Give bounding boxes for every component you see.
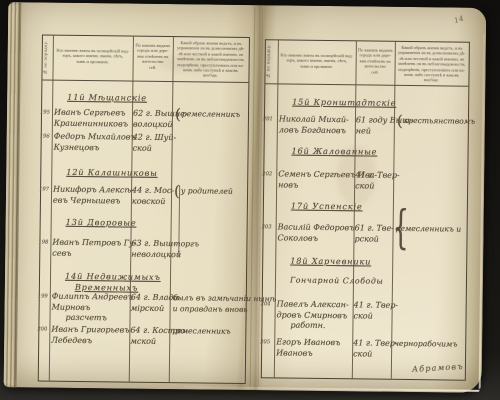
passport-cell-line: 44 г. Мос-	[132, 186, 169, 197]
header-text-line: чинъ и прозваніе.	[54, 58, 132, 64]
section-heading: 13й Дворовые	[66, 217, 137, 228]
passport-cell-line: ней	[356, 126, 392, 137]
name-cell-line: Лебедевъ	[51, 335, 127, 346]
header-order-column: № по порядку.	[42, 38, 52, 78]
conduct-cell: торгъ	[173, 239, 243, 250]
photo-backdrop: № по порядку.Кто именно взяты въ полицей…	[0, 0, 500, 400]
name-cell: Никифоръ Алексѣ-евъ Чернышевъ	[53, 185, 129, 207]
name-cell-line: севъ	[52, 248, 128, 259]
header-text-line: вообще.	[395, 77, 467, 83]
name-cell: Егоръ ИвановъИвановъ	[276, 337, 350, 359]
passport-cell-line: 64 г. Влади-	[131, 293, 168, 304]
name-cell: Филиппъ АндреевъМирновъразсчетъ	[51, 292, 127, 324]
passport-cell-line: 64 г. Костро-	[130, 326, 167, 337]
header-conduct-column: Какой образъ жизни ведетъ, и въупражнені…	[173, 40, 247, 79]
header-text-line: чинъ и прозваніе.	[279, 63, 355, 69]
name-cell: Иванъ Петровъ Гу-севъ	[52, 238, 128, 260]
note-brace: (	[397, 112, 403, 130]
name-cell-line: Егоръ Ивановъ	[276, 337, 350, 348]
name-cell: Павелъ Алексан-дровъ Смирновъработн.	[276, 299, 350, 331]
name-cell-line: ловъ Богдановъ	[279, 125, 353, 136]
conduct-cell: ремесленникъ	[172, 326, 242, 337]
header-order-column: № по порядку.	[265, 42, 277, 81]
name-cell-line: Иванъ Григорьевъ	[51, 325, 127, 336]
row-number: 202	[262, 171, 272, 177]
section-subheading: Гончарной Слободы	[290, 276, 383, 286]
section-heading: 18й Харчевники	[290, 256, 371, 267]
section-heading: 12й Калашниковы	[66, 167, 157, 178]
passport-cell: 41 г. Твер-ской	[353, 338, 389, 359]
passport-cell: 61 г. Тве-рской	[354, 223, 390, 244]
row-number: 196	[40, 133, 50, 139]
header-name-column: Кто именно взяты въ полицейскій над-зоръ…	[279, 52, 355, 69]
passport-cell: 44 г. Мос-ковской	[132, 186, 169, 207]
passport-cell: 64 г. Влади-мірской	[131, 293, 168, 314]
passport-cell: 41 г. Твер-ской	[353, 300, 389, 321]
header-pass-column: По какимъ видамъгородъ или дере-вня отмѣ…	[134, 43, 172, 70]
passport-cell-line: ской	[133, 143, 170, 154]
passport-cell-line: неволоцкой	[131, 249, 168, 260]
passport-cell-line: 41 г. Твер-	[354, 300, 390, 311]
name-cell-line: Никифоръ Алексѣ-	[53, 185, 129, 196]
name-cell-line: Иванъ Петровъ Гу-	[52, 238, 128, 249]
name-cell-line: разсчетъ	[65, 313, 127, 324]
header-text-line: сей.	[134, 64, 172, 70]
open-register-book: № по порядку.Кто именно взяты въ полицей…	[4, 2, 487, 393]
passport-cell-line: 42 г. Шуй-	[133, 133, 170, 144]
right-page-table: № по порядку.Кто именно взяты въ полицей…	[8, 2, 486, 8]
name-cell: Иванъ СергѣевъКрашенинниковъ	[54, 108, 130, 130]
header-name-column: Кто именно взяты въ полицейскій над-зоръ…	[54, 48, 132, 65]
name-cell-line: работн.	[290, 321, 350, 332]
conduct-cell-line: и оправданъ вновь	[173, 304, 243, 315]
passport-cell-line: ковской	[132, 196, 169, 207]
section-heading: 17й Успенскіе	[291, 201, 363, 212]
passport-cell-line: 62 г. Вышне-	[133, 109, 170, 120]
header-pass-column: По какимъ видамъгородъ или дере-вня отмѣ…	[357, 47, 394, 74]
passport-cell: 64 г. Костро-мской	[130, 326, 167, 347]
header-rule	[42, 80, 248, 84]
conduct-cell-line: былъ въ замѣчаніи нынѣ	[173, 293, 243, 304]
row-number: 199	[38, 293, 48, 299]
name-cell: Василій ФедоровъСоколовъ	[277, 222, 351, 244]
passport-cell-line: 63 г. Выш-	[131, 239, 168, 250]
name-cell-line: новъ	[278, 180, 352, 191]
passport-cell-line: ской	[355, 181, 391, 192]
passport-cell-line: волоцкой	[133, 119, 170, 130]
passport-cell: 61 году Выш-ней	[356, 115, 392, 136]
passport-cell: 63 г. Выш-неволоцкой	[131, 239, 168, 260]
name-cell-line: Мирновъ	[52, 302, 128, 313]
name-cell-line: Николай Михай-	[279, 114, 353, 125]
name-cell-line: Крашенинниковъ	[54, 118, 130, 129]
conduct-cell: былъ въ замѣчаніи нынѣи оправданъ вновь	[173, 293, 243, 315]
name-cell-line: Павелъ Алексан-	[277, 299, 351, 310]
row-number: 204	[261, 301, 271, 307]
passport-cell-line: 61 г. Тве-	[355, 223, 391, 234]
folio-page-number: 14	[453, 14, 465, 25]
header-rule	[265, 83, 468, 86]
conduct-cell-line: (крестьянствомъ	[397, 116, 465, 127]
passport-cell-line: 41 г. Твер-	[353, 338, 389, 349]
page-block-bottom-edge	[184, 386, 480, 392]
name-cell-line: Филиппъ Андреевъ	[52, 292, 128, 303]
conduct-cell: чернорабочимъ	[394, 339, 462, 350]
name-cell-line: евъ Чернышевъ	[53, 195, 129, 206]
section-heading: 15й Кронштадтскіе	[292, 97, 396, 108]
name-cell: Николай Михай-ловъ Богдановъ	[279, 114, 353, 136]
passport-cell: 41 г. Твер-ской	[355, 170, 391, 191]
name-cell: Семенъ Сергѣевъ Ива-новъ	[278, 169, 352, 191]
closed-page-edges	[4, 2, 22, 387]
page-block-right-edge	[479, 34, 485, 389]
passport-cell: 62 г. Вышне-волоцкой	[133, 109, 170, 130]
name-cell-line: Соколовъ	[277, 233, 351, 244]
section-heading: 16й Жалованные	[292, 146, 378, 157]
passport-cell-line: мской	[130, 336, 167, 347]
passport-cell-line: ской	[353, 311, 389, 322]
header-text-line: сей.	[357, 69, 394, 75]
conduct-cell-line: торгъ	[173, 239, 243, 250]
header-conduct-column: Какой образъ жизни ведетъ, и въупражнені…	[395, 45, 467, 84]
row-number: 201	[263, 116, 273, 122]
conduct-cell-line: ремесленникъ	[172, 326, 242, 337]
row-number: 203	[262, 224, 272, 230]
name-cell-line: Кузнецовъ	[54, 142, 130, 153]
row-number: 198	[38, 239, 48, 245]
name-cell-line: Иванъ Сергѣевъ	[54, 108, 130, 119]
name-cell-line: Федоръ Михайловъ	[54, 132, 130, 143]
passport-cell-line: ской	[353, 349, 389, 360]
passport-cell-line: 61 году Выш-	[356, 115, 392, 126]
name-cell: Иванъ ГригорьевъЛебедевъ	[51, 325, 127, 347]
name-cell: Федоръ МихайловъКузнецовъ	[54, 132, 130, 154]
passport-cell-line: мірской	[131, 303, 168, 314]
conduct-cell-line: (у родителей	[174, 186, 244, 197]
header-text-line: вообще.	[173, 73, 247, 79]
conduct-cell: (у родителей	[174, 186, 244, 197]
conduct-cell-line: (ремесленникъ	[175, 109, 245, 120]
conduct-cell: (ремесленникъ	[175, 109, 245, 120]
note-big-brace: {	[392, 204, 409, 250]
passport-cell-line: 41 г. Твер-	[355, 170, 391, 181]
section-heading: 11й Мѣщанскіе	[67, 92, 147, 103]
row-number: 197	[39, 186, 49, 192]
passport-cell: 42 г. Шуй-ской	[133, 133, 170, 154]
left-page-table: № по порядку.Кто именно взяты въ полицей…	[8, 2, 486, 8]
name-cell-line: Василій Федоровъ	[278, 222, 352, 233]
section-heading: 14й Недвижимыхъ	[65, 271, 161, 282]
row-number: 200	[37, 326, 47, 332]
conduct-cell: (крестьянствомъ	[397, 116, 465, 127]
conduct-cell-line: чернорабочимъ	[394, 339, 462, 350]
name-cell-line: дровъ Смирновъ	[277, 310, 351, 321]
note-brace: (	[175, 105, 181, 123]
name-cell-line: Ивановъ	[276, 348, 350, 359]
name-cell-line: Семенъ Сергѣевъ Ива-	[278, 169, 352, 180]
passport-cell-line: рской	[354, 234, 390, 245]
row-number: 195	[40, 109, 50, 115]
row-number: 205	[260, 339, 270, 345]
